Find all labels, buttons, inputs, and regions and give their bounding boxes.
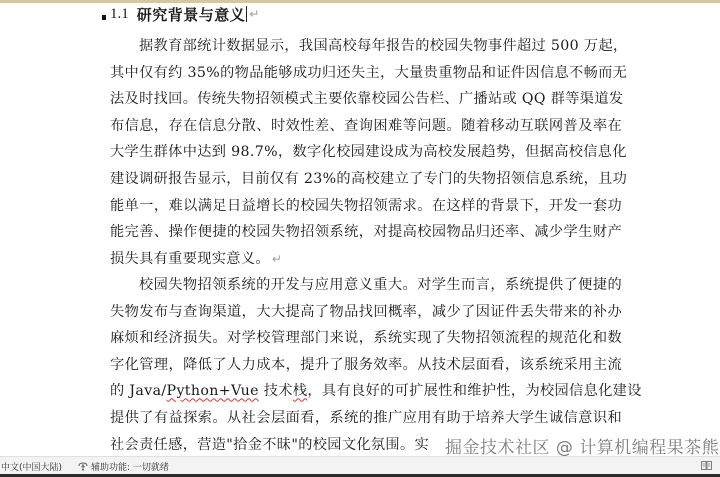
watermark-text: 掘金技术社区 @ 计算机编程果茶熊 xyxy=(445,433,719,456)
paragraph-1[interactable]: 据教育部统计数据显示，我国高校每年报告的校园失物事件超过 500 万起， 其中仅… xyxy=(110,33,622,272)
text-line: 法及时找回。传统失物招领模式主要依靠校园公告栏、广播站或 QQ 群等渠道发 xyxy=(110,86,622,113)
heading-list-marker-icon xyxy=(102,15,106,20)
text-line: 布信息，存在信息分散、时效性差、查询困难等问题。随着移动互联网普及率在 xyxy=(110,113,622,140)
section-heading[interactable]: 1.1 研究背景与意义 ↵ xyxy=(102,3,259,25)
text-line: 能单一，难以满足日益增长的校园失物招领需求。在这样的背景下，开发一套功 xyxy=(110,193,622,220)
text-line: 失物发布与查询渠道，大大提高了物品找回概率，减少了因证件丢失带来的补办 xyxy=(110,299,622,326)
text-line: 据教育部统计数据显示，我国高校每年报告的校园失物事件超过 500 万起， xyxy=(110,33,622,60)
document-page[interactable]: 1.1 研究背景与意义 ↵ 据教育部统计数据显示，我国高校每年报告的校园失物事件… xyxy=(0,3,720,456)
paragraph-2[interactable]: 校园失物招领系统的开发与应用意义重大。对学生而言，系统提供了便捷的 失物发布与查… xyxy=(110,272,622,456)
text-line: 其中仅有约 35%的物品能够成功归还失主，大量贵重物品和证件因信息不畅而无 xyxy=(110,60,622,87)
accessibility-status[interactable]: 辅助功能: 一切就绪 xyxy=(78,460,169,473)
spellcheck-flag[interactable]: Python+Vue xyxy=(167,383,259,399)
text-line: 麻烦和经济损失。对学校管理部门来说，系统实现了失物招领流程的规范化和数 xyxy=(110,325,622,352)
heading-number: 1.1 xyxy=(110,6,129,23)
text-line-content: 损失具有重要现实意义。 xyxy=(110,251,270,267)
text-line-last: 损失具有重要现实意义。↵ xyxy=(110,246,622,273)
paragraph-mark-icon: ↵ xyxy=(249,7,259,21)
text-line: 提供了有益探索。从社会层面看，系统的推广应用有助于培养大学生诚信意识和 xyxy=(110,405,622,432)
text-line: 大学生群体中达到 98.7%，数字化校园建设成为高校发展趋势，但据高校信息化 xyxy=(110,139,622,166)
text-line: 能完善、操作便捷的校园失物招领系统，对提高校园物品归还率、减少学生财产 xyxy=(110,219,622,246)
accessibility-label: 辅助功能: 一切就绪 xyxy=(91,460,169,473)
accessibility-icon xyxy=(78,462,88,471)
read-mode-icon[interactable] xyxy=(701,461,712,470)
text-line: 校园失物招领系统的开发与应用意义重大。对学生而言，系统提供了便捷的 xyxy=(110,272,622,299)
text-cursor xyxy=(246,6,247,22)
language-indicator[interactable]: 中文(中国大陆) xyxy=(1,460,62,473)
text-line: 建设调研报告显示，目前仅有 23%的高校建立了专门的失物招领信息系统，且功 xyxy=(110,166,622,193)
status-bar: 中文(中国大陆) 辅助功能: 一切就绪 xyxy=(0,456,720,475)
text-line: 字化管理，降低了人力成本，提升了服务效率。从技术层面看，该系统采用主流 xyxy=(110,352,622,379)
spellcheck-flag[interactable]: 栈 xyxy=(293,383,308,399)
text-line-spellcheck: 的 Java/Python+Vue 技术栈，具有良好的可扩展性和维护性，为校园信… xyxy=(110,378,622,405)
paragraph-mark-icon: ↵ xyxy=(272,252,282,266)
heading-title: 研究背景与意义 xyxy=(137,4,246,25)
